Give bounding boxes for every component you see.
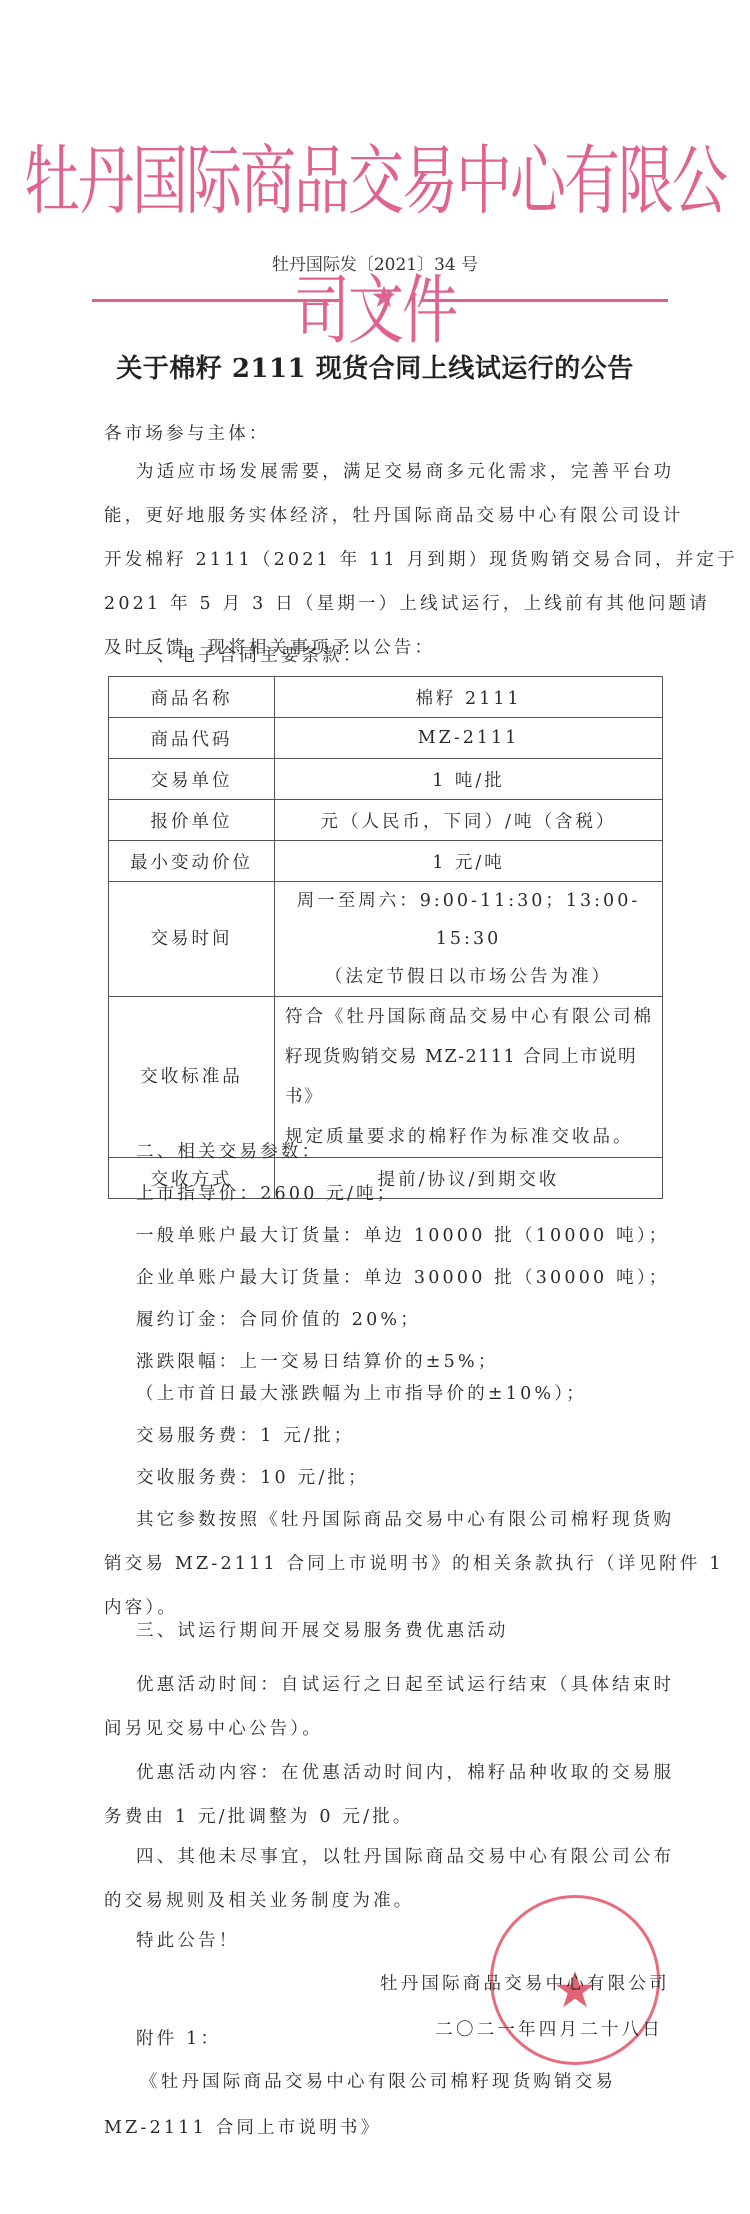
param-item: 企业单账户最大订货量：单边 30000 批（30000 吨）； bbox=[136, 1259, 696, 1297]
attachment-line: MZ-2111 合同上市说明书》 bbox=[104, 2109, 664, 2147]
divider-left bbox=[92, 299, 340, 302]
other-params-line: 其它参数按照《牡丹国际商品交易中心有限公司棉籽现货购 bbox=[136, 1501, 696, 1539]
table-row: 交易时间 周一至周六：9:00-11:30；13:00-15:30 （法定节假日… bbox=[109, 882, 663, 997]
table-row: 交易单位 1 吨/批 bbox=[109, 759, 663, 800]
signatory: 牡丹国际商品交易中心有限公司 bbox=[380, 1965, 663, 2003]
promo-time-line: 优惠活动时间：自试运行之日起至试运行结束（具体结束时 bbox=[136, 1666, 696, 1704]
intro-line: 2021 年 5 月 3 日（星期一）上线试运行，上线前有其他问题请 bbox=[104, 585, 664, 623]
table-value-line: 籽现货购销交易 MZ-2111 合同上市说明书》 bbox=[285, 1037, 662, 1117]
table-value: 1 元/吨 bbox=[275, 841, 663, 882]
promo-content-line: 务费由 1 元/批调整为 0 元/批。 bbox=[104, 1798, 664, 1836]
document-number: 牡丹国际发〔2021〕34 号 bbox=[0, 250, 750, 275]
param-item: 履约订金：合同价值的 20%； bbox=[136, 1301, 696, 1339]
promo-time-line: 间另见交易中心公告）。 bbox=[104, 1710, 664, 1748]
intro-line: 能，更好地服务实体经济，牡丹国际商品交易中心有限公司设计 bbox=[104, 497, 664, 535]
param-item: 一般单账户最大订货量：单边 10000 批（10000 吨）； bbox=[136, 1217, 696, 1255]
attachment-label: 附件 1： bbox=[136, 2020, 696, 2058]
table-row: 商品名称 棉籽 2111 bbox=[109, 677, 663, 718]
divider-right bbox=[422, 299, 668, 302]
section2-heading: 二、相关交易参数： bbox=[136, 1133, 696, 1171]
table-value-line: （法定节假日以市场公告为准） bbox=[275, 958, 662, 996]
table-key: 商品代码 bbox=[109, 718, 275, 759]
table-row: 商品代码 MZ-2111 bbox=[109, 718, 663, 759]
section3-heading: 三、试运行期间开展交易服务费优惠活动 bbox=[136, 1612, 696, 1650]
section4-line: 四、其他未尽事宜，以牡丹国际商品交易中心有限公司公布 bbox=[136, 1838, 696, 1876]
intro-line: 为适应市场发展需要，满足交易商多元化需求，完善平台功 bbox=[136, 453, 696, 491]
table-value: 周一至周六：9:00-11:30；13:00-15:30 （法定节假日以市场公告… bbox=[275, 882, 663, 997]
table-row: 报价单位 元（人民币，下同）/吨（含税） bbox=[109, 800, 663, 841]
param-item: 交收服务费：10 元/批； bbox=[136, 1459, 696, 1497]
table-key: 报价单位 bbox=[109, 800, 275, 841]
table-key: 最小变动价位 bbox=[109, 841, 275, 882]
table-value: 棉籽 2111 bbox=[275, 677, 663, 718]
table-value: 元（人民币，下同）/吨（含税） bbox=[275, 800, 663, 841]
table-value: MZ-2111 bbox=[275, 718, 663, 759]
contract-terms-table: 商品名称 棉籽 2111 商品代码 MZ-2111 交易单位 1 吨/批 报价单… bbox=[108, 676, 663, 1199]
table-key: 交易时间 bbox=[109, 882, 275, 997]
promo-content-line: 优惠活动内容：在优惠活动时间内，棉籽品种收取的交易服 bbox=[136, 1754, 696, 1792]
table-key: 交易单位 bbox=[109, 759, 275, 800]
org-letterhead-title: 牡丹国际商品交易中心有限公司文件 bbox=[0, 118, 750, 377]
star-icon: ★ bbox=[366, 280, 402, 316]
param-item: 交易服务费：1 元/批； bbox=[136, 1417, 696, 1455]
param-item: 上市指导价：2600 元/吨； bbox=[136, 1175, 696, 1213]
section1-heading: 一、电子合同主要条款： bbox=[136, 637, 696, 675]
attachment-line: 《牡丹国际商品交易中心有限公司棉籽现货购销交易 bbox=[140, 2063, 700, 2101]
table-key: 商品名称 bbox=[109, 677, 275, 718]
other-params-line: 销交易 MZ-2111 合同上市说明书》的相关条款执行（详见附件 1 bbox=[104, 1545, 664, 1583]
table-row: 最小变动价位 1 元/吨 bbox=[109, 841, 663, 882]
table-value-line: 周一至周六：9:00-11:30；13:00-15:30 bbox=[275, 882, 662, 958]
param-item: （上市首日最大涨跌幅为上市指导价的±10%）； bbox=[136, 1375, 696, 1413]
table-value: 1 吨/批 bbox=[275, 759, 663, 800]
intro-line: 开发棉籽 2111（2021 年 11 月到期）现货购销交易合同，并定于 bbox=[104, 541, 664, 579]
salutation: 各市场参与主体： bbox=[104, 415, 664, 453]
notice-title: 关于棉籽 2111 现货合同上线试运行的公告 bbox=[0, 348, 750, 385]
table-value-line: 符合《牡丹国际商品交易中心有限公司棉 bbox=[285, 997, 662, 1037]
